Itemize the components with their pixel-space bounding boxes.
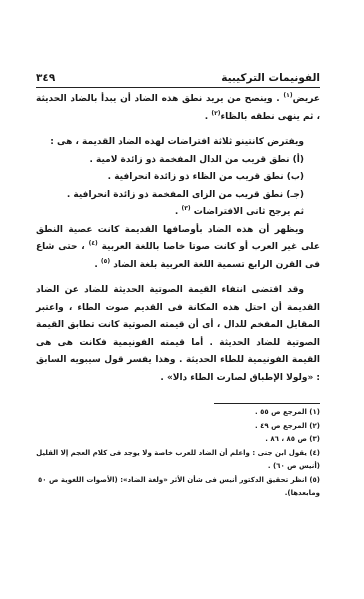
paragraph-5: وقد اقتضى انتفاء القيمة الصوتية الحديثة … (36, 282, 320, 387)
footnote-ref-4: (٤) (89, 240, 98, 247)
list-item-c: (جـ) نطق قريب من الزاى المفخمة ذو زائدة … (36, 187, 320, 205)
header-divider (36, 87, 320, 88)
footnote-1: (١) المرجع ص ٥٥ . (36, 406, 320, 420)
footnote-ref-3: (٣) (181, 205, 190, 212)
paragraph-1: عريض(١) . وينصح من يريد نطق هذه الضاد أن… (36, 91, 320, 126)
footnote-4: (٤) يقول ابن جنى : واعلم أن الضاد للعرب … (36, 447, 320, 474)
book-page: الفونيمات التركيبية ٣٤٩ عريض(١) . وينصح … (0, 0, 364, 599)
running-header: الفونيمات التركيبية ٣٤٩ (36, 66, 320, 84)
footnote-ref-1: (١) (283, 92, 292, 99)
footnotes: (١) المرجع ص ٥٥ . (٢) المرجع ص ٤٩ . (٣) … (36, 406, 320, 501)
page-number: ٣٤٩ (36, 72, 55, 84)
footnote-divider (214, 403, 320, 404)
footnote-ref-2: (٢) (211, 110, 220, 117)
footnote-ref-5: (٥) (101, 258, 110, 265)
body-text: عريض(١) . وينصح من يريد نطق هذه الضاد أن… (36, 91, 320, 387)
list-item-b: (ب) نطق قريب من الظاء ذو زائدة انحرافية … (36, 169, 320, 187)
footnote-3: (٣) ص ٨٥ ، ٨٦ . (36, 433, 320, 447)
chapter-title: الفونيمات التركيبية (221, 72, 320, 84)
paragraph-3: ثم يرجح ثانى الافتراضات (٣) . (36, 204, 320, 222)
footnote-5: (٥) انظر تحقيق الدكتور أنيس فى شأن الأثر… (36, 474, 320, 501)
paragraph-4: ويظهر أن هذه الضاد بأوصافها القديمة كانت… (36, 222, 320, 275)
list-item-a: (أ) نطق قريب من الدال المفخمة ذو زائدة ل… (36, 152, 320, 170)
footnote-2: (٢) المرجع ص ٤٩ . (36, 420, 320, 434)
paragraph-2: ويفترض كانتينو ثلاثة افتراضات لهذه الضاد… (36, 134, 320, 152)
